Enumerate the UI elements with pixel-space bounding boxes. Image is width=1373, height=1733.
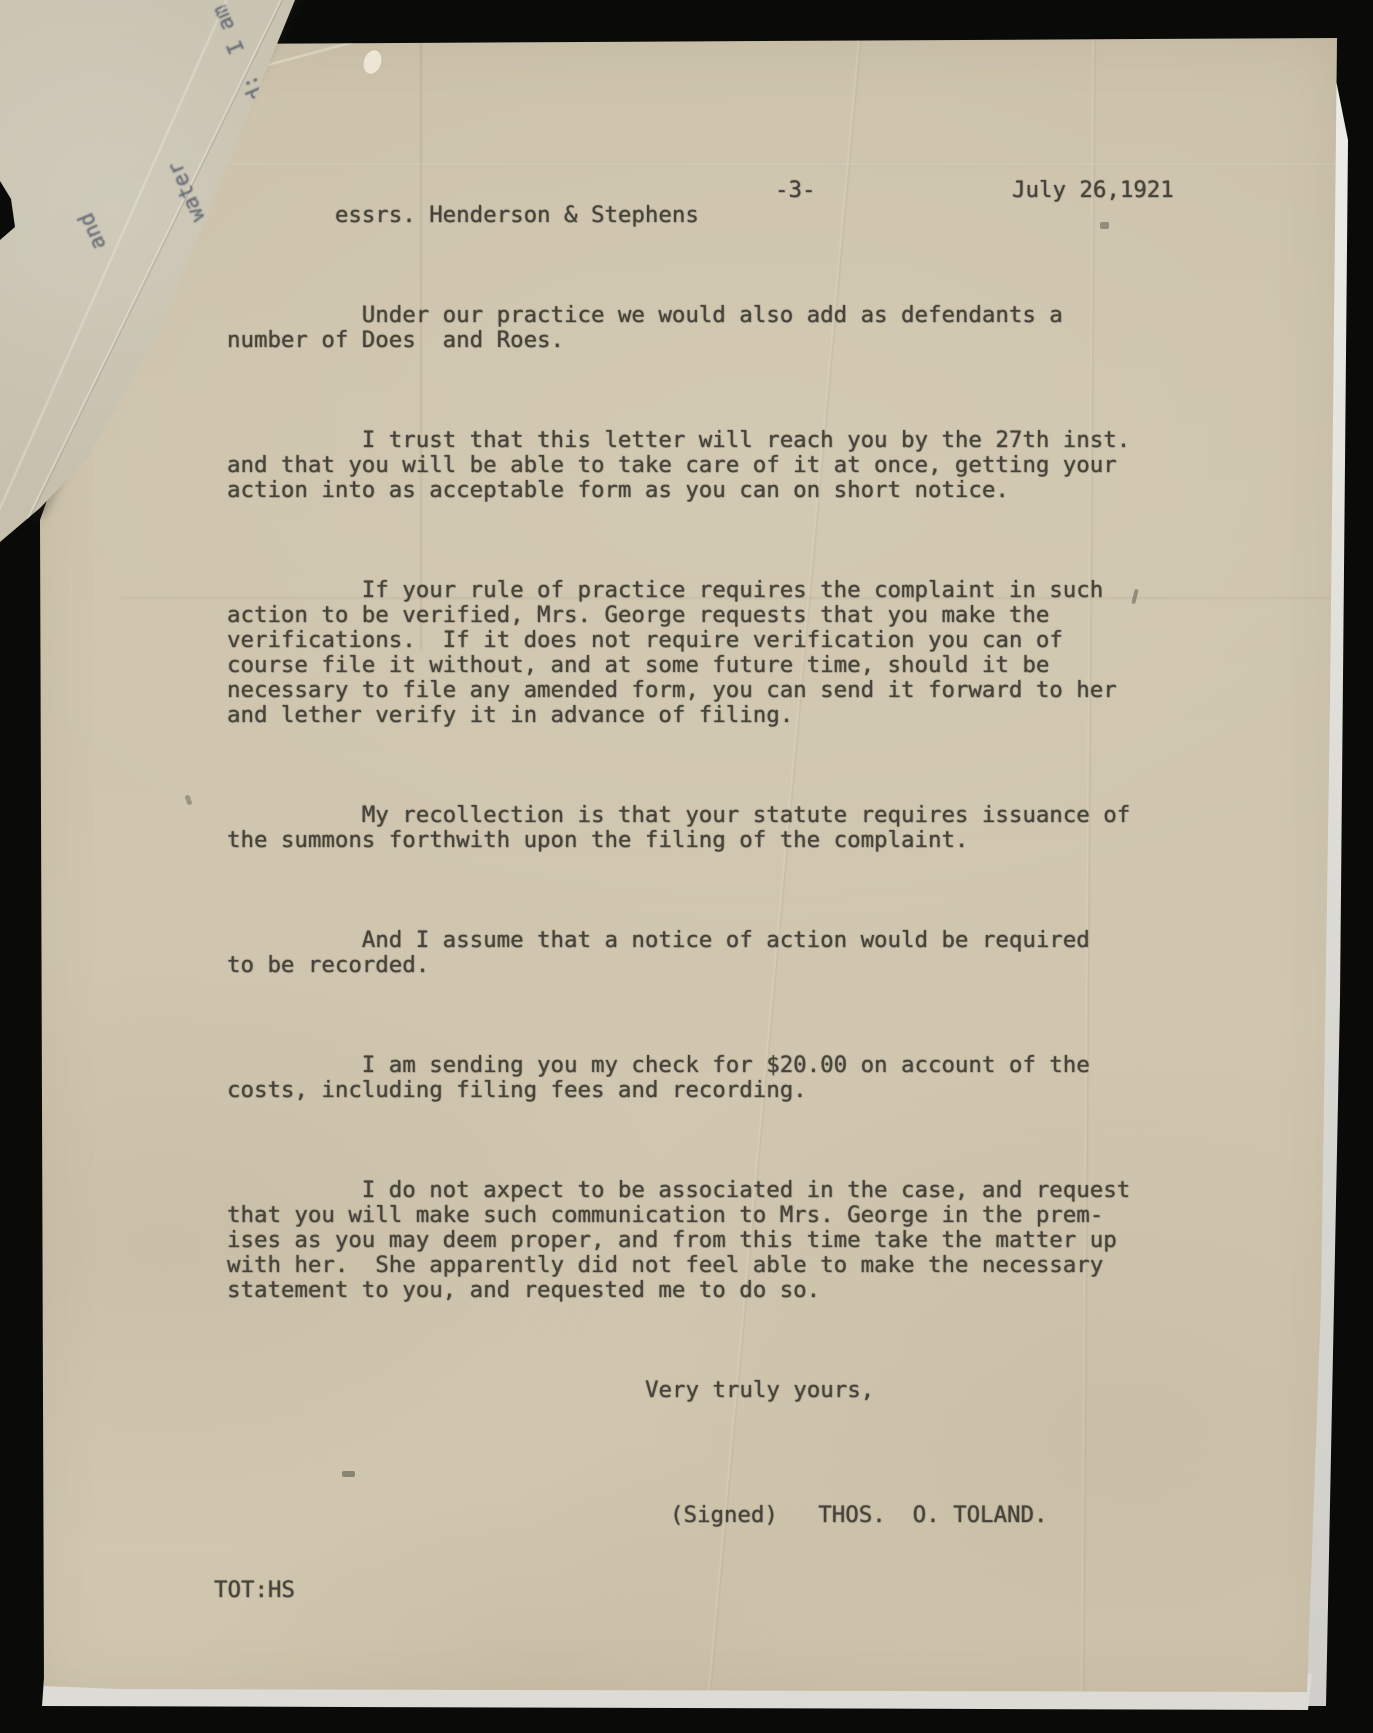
paragraph: I trust that this letter will reach you … — [227, 428, 1217, 503]
header-date: July 26,1921 — [1012, 178, 1174, 203]
letter-page: essrs. Henderson & Stephens -3- July 26,… — [0, 0, 1373, 1733]
overlay-text-fragment — [615, 0, 896, 7]
typewritten-text: essrs. Henderson & Stephens -3- July 26,… — [227, 128, 1217, 1653]
paragraph: I am sending you my check for $20.00 on … — [227, 1053, 1217, 1103]
ink-speck — [184, 794, 192, 805]
typist-initials: TOT:HS — [214, 1578, 1217, 1603]
scanned-document-background: essrs. Henderson & Stephens -3- July 26,… — [0, 0, 1373, 1733]
paragraph: Under our practice we would also add as … — [227, 303, 1217, 353]
signature-line: (Signed) THOS. O. TOLAND. — [670, 1503, 1217, 1528]
header-page-number: -3- — [775, 178, 815, 203]
paper-blemish — [361, 48, 385, 76]
paragraph: My recollection is that your statute req… — [227, 803, 1217, 853]
paragraph: If your rule of practice requires the co… — [227, 578, 1217, 728]
paragraph: I do not axpect to be associated in the … — [227, 1178, 1217, 1303]
letter-header: essrs. Henderson & Stephens -3- July 26,… — [227, 178, 1217, 203]
overlay-text-fragment: tings in anal — [521, 0, 802, 46]
header-addressee: essrs. Henderson & Stephens — [335, 202, 699, 228]
paragraph: And I assume that a notice of action wou… — [227, 928, 1217, 978]
closing-salutation: Very truly yours, — [645, 1378, 1217, 1403]
